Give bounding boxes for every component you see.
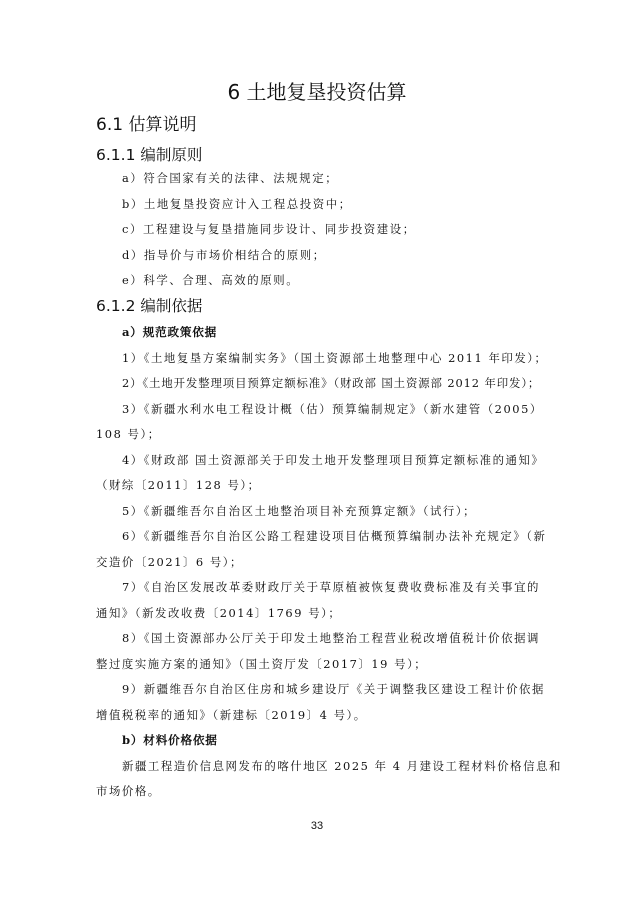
policy-line: 8）《国土资源部办公厅关于印发土地整治工程营业税改增值税计价依据调 bbox=[122, 630, 540, 646]
policy-line: 3）《新疆水利水电工程设计概（估）预算编制规定》（新水建管（2005） bbox=[122, 401, 540, 417]
policy-line: （财综〔2011〕128 号）； bbox=[96, 477, 261, 493]
policy-line: 增值税税率的通知》（新建标〔2019〕4 号）。 bbox=[96, 707, 367, 723]
policy-line: 108 号）； bbox=[96, 426, 161, 442]
policy-line: 6）《新疆维吾尔自治区公路工程建设项目估概预算编制办法补充规定》（新 bbox=[122, 528, 540, 544]
basis-heading-policy: a）规范政策依据 bbox=[122, 324, 217, 340]
material-price-line: 市场价格。 bbox=[96, 783, 161, 799]
section-heading: 6.1 估算说明 bbox=[96, 110, 196, 135]
principle-item: c）工程建设与复垦措施同步设计、同步投资建设； bbox=[122, 221, 416, 237]
chapter-title: 6 土地复垦投资估算 bbox=[0, 76, 634, 105]
policy-line: 1）《土地复垦方案编制实务》（国土资源部土地整理中心 2011 年印发）； bbox=[122, 350, 540, 366]
policy-line: 通知》（新发改收费〔2014〕1769 号）； bbox=[96, 605, 341, 621]
policy-line: 交造价〔2021〕6 号）； bbox=[96, 554, 243, 570]
policy-line: 7）《自治区发展改革委财政厅关于草原植被恢复费收费标准及有关事宜的 bbox=[122, 579, 540, 595]
principle-item: a）符合国家有关的法律、法规规定； bbox=[122, 170, 338, 186]
policy-line: 整过度实施方案的通知》（国土资厅发〔2017〕19 号）； bbox=[96, 656, 427, 672]
policy-line: 9）新疆维吾尔自治区住房和城乡建设厅《关于调整我区建设工程计价依据 bbox=[122, 681, 540, 697]
policy-line: 2）《土地开发整理项目预算定额标准》（财政部 国土资源部 2012 年印发）； bbox=[122, 375, 540, 391]
principle-item: d）指导价与市场价相结合的原则； bbox=[122, 247, 326, 263]
principle-item: e）科学、合理、高效的原则。 bbox=[122, 272, 299, 288]
policy-line: 5）《新疆维吾尔自治区土地整治项目补充预算定额》（试行）； bbox=[122, 503, 476, 519]
subsection-heading-principles: 6.1.1 编制原则 bbox=[96, 143, 202, 165]
basis-heading-material-price: b）材料价格依据 bbox=[122, 732, 218, 748]
principle-item: b）土地复垦投资应计入工程总投资中； bbox=[122, 196, 352, 212]
material-price-line: 新疆工程造价信息网发布的喀什地区 2025 年 4 月建设工程材料价格信息和 bbox=[122, 758, 540, 774]
policy-line: 4）《财政部 国土资源部关于印发土地开发整理项目预算定额标准的通知》 bbox=[122, 452, 540, 468]
document-page: 6 土地复垦投资估算 6.1 估算说明 6.1.1 编制原则 a）符合国家有关的… bbox=[0, 0, 634, 898]
subsection-heading-basis: 6.1.2 编制依据 bbox=[96, 294, 202, 316]
page-number: 33 bbox=[0, 820, 634, 832]
